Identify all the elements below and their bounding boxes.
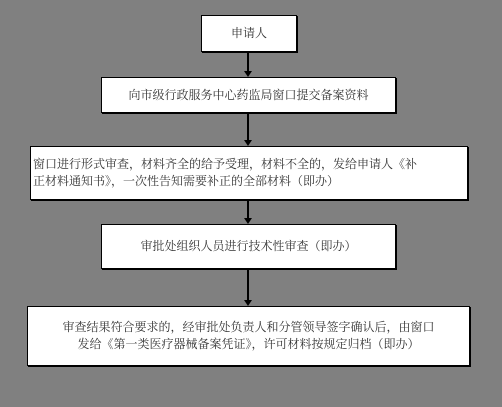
flow-node-formal-review: 窗口进行形式审查，材料齐全的给予受理，材料不全的，发给申请人《补 正材料通知书》… <box>30 146 468 200</box>
node-text: 申请人 <box>231 25 267 42</box>
flow-node-applicant: 申请人 <box>201 15 297 52</box>
connector-2-3 <box>247 113 249 140</box>
flow-node-issue-certificate: 审查结果符合要求的，经审批处负责人和分管领导签字确认后，由窗口 发给《第一类医疗… <box>27 306 470 366</box>
node-text: 向市级行政服务中心药监局窗口提交备案资料 <box>128 87 368 104</box>
node-text: 审批处组织人员进行技术性审查（即办） <box>140 238 356 255</box>
node-text-line: 发给《第一类医疗器械备案凭证》，许可材料按规定归档（即办） <box>62 336 434 353</box>
connector-1-2 <box>247 52 249 71</box>
node-text-line: 审查结果符合要求的，经审批处负责人和分管领导签字确认后，由窗口 <box>62 319 434 336</box>
node-text-line: 窗口进行形式审查，材料齐全的给予受理，材料不全的，发给申请人《补 <box>33 156 417 173</box>
connector-4-5 <box>247 269 249 300</box>
flow-node-submit-materials: 向市级行政服务中心药监局窗口提交备案资料 <box>101 77 396 113</box>
node-text-line: 正材料通知书》，一次性告知需要补正的全部材料（即办） <box>33 173 417 190</box>
connector-3-4 <box>247 200 249 218</box>
flow-node-technical-review: 审批处组织人员进行技术性审查（即办） <box>101 224 396 269</box>
